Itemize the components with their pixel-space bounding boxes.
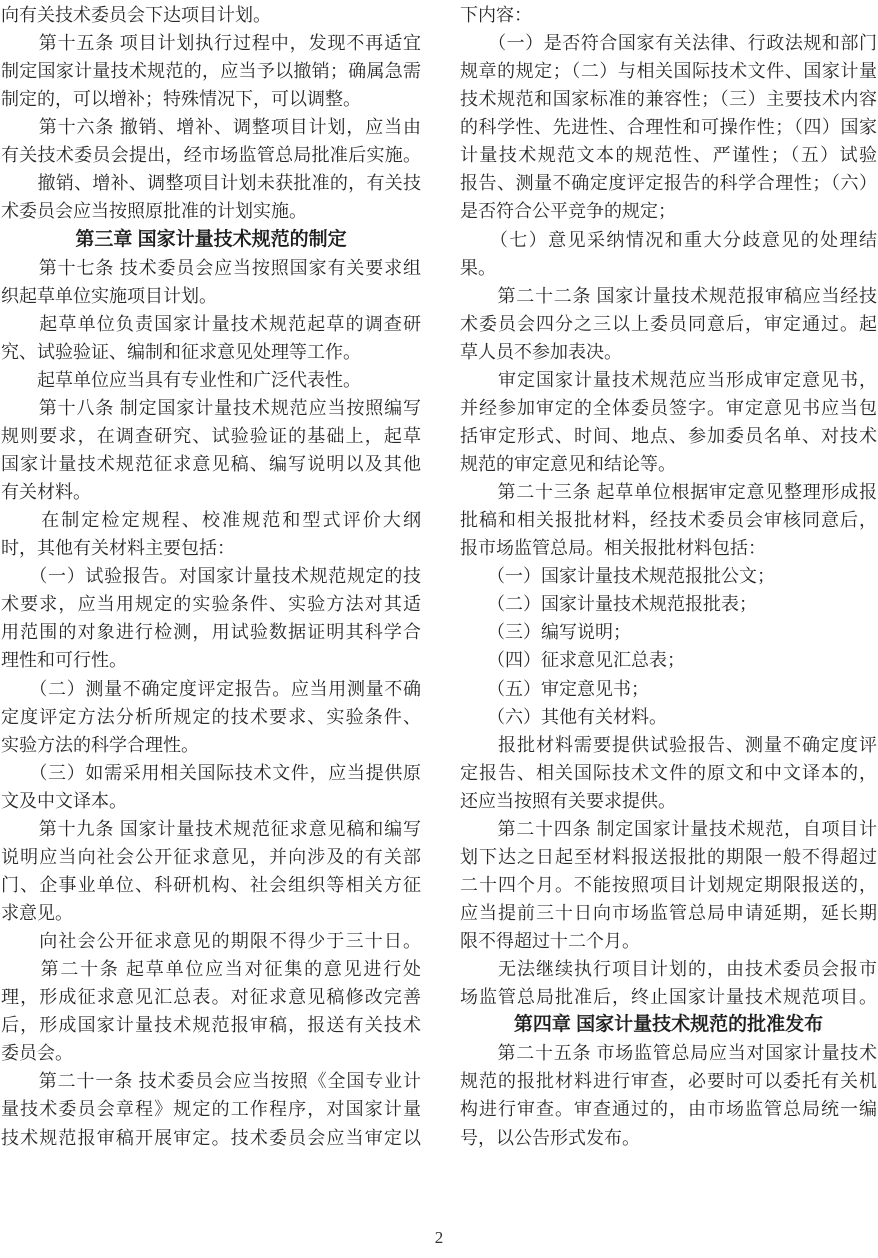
text-line: （三）编写说明；	[460, 618, 877, 646]
text-line: 撤销、增补、调整项目计划未获批准的，有关技	[1, 169, 421, 197]
text-line: 在制定检定规程、校准规范和型式评价大纲	[1, 506, 421, 534]
text-line: 还应当按照有关要求提供。	[460, 787, 877, 815]
text-line: 限不得超过十二个月。	[460, 927, 877, 955]
text-line: 并经参加审定的全体委员签字。审定意见书应当包	[460, 394, 877, 422]
text-line: 门、企事业单位、科研机构、社会组织等相关方征	[1, 871, 421, 899]
text-line: 草人员不参加表决。	[460, 338, 877, 366]
text-line: （二）测量不确定度评定报告。应当用测量不确	[1, 675, 421, 703]
text-line: 术委员会应当按照原批准的计划实施。	[1, 197, 421, 225]
text-line: （四）征求意见汇总表；	[460, 646, 877, 674]
text-line: 文及中文译本。	[1, 787, 421, 815]
text-line: （五）审定意见书；	[460, 675, 877, 703]
text-line: 果。	[460, 254, 877, 282]
text-line: 规章的规定；（二）与相关国际技术文件、国家计量	[460, 57, 877, 85]
text-line: 第十六条 撤销、增补、调整项目计划，应当由	[1, 113, 421, 141]
left-column: 向有关技术委员会下达项目计划。 第十五条 项目计划执行过程中，发现不再适宜制定国…	[1, 1, 421, 1152]
text-line: 术委员会四分之三以上委员同意后，审定通过。起	[460, 310, 877, 338]
text-line: 国家计量技术规范征求意见稿、编写说明以及其他	[1, 450, 421, 478]
text-line: 第二十三条 起草单位根据审定意见整理形成报	[460, 478, 877, 506]
text-line: 理，形成征求意见汇总表。对征求意见稿修改完善	[1, 983, 421, 1011]
text-line: 括审定形式、时间、地点、参加委员名单、对技术	[460, 422, 877, 450]
text-line: 号，以公告形式发布。	[460, 1124, 877, 1152]
text-line: 第十九条 国家计量技术规范征求意见稿和编写	[1, 815, 421, 843]
text-line: 制定的，可以增补；特殊情况下，可以调整。	[1, 85, 421, 113]
text-line: （一）是否符合国家有关法律、行政法规和部门	[460, 29, 877, 57]
text-line: 定报告、相关国际技术文件的原文和中文译本的，	[460, 759, 877, 787]
text-line: （三）如需采用相关国际技术文件，应当提供原	[1, 759, 421, 787]
text-line: 规范的审定意见和结论等。	[460, 450, 877, 478]
right-column: 下内容： （一）是否符合国家有关法律、行政法规和部门规章的规定；（二）与相关国际…	[460, 1, 877, 1152]
text-line: 第十七条 技术委员会应当按照国家有关要求组	[1, 254, 421, 282]
text-line: 定度评定方法分析所规定的技术要求、实验条件、	[1, 703, 421, 731]
text-line: 第二十二条 国家计量技术规范报审稿应当经技	[460, 282, 877, 310]
text-line: 向有关技术委员会下达项目计划。	[1, 1, 421, 29]
text-line: 时，其他有关材料主要包括：	[1, 534, 421, 562]
text-line: 报告、测量不确定度评定报告的科学合理性；（六）	[460, 169, 877, 197]
text-line: 织起草单位实施项目计划。	[1, 282, 421, 310]
text-line: 有关材料。	[1, 478, 421, 506]
text-line: 是否符合公平竞争的规定；	[460, 197, 877, 225]
text-line: 下内容：	[460, 1, 877, 29]
text-line: 有关技术委员会提出，经市场监管总局批准后实施。	[1, 141, 421, 169]
text-line: 后，形成国家计量技术规范报审稿，报送有关技术	[1, 1011, 421, 1039]
text-line: 第二十四条 制定国家计量技术规范，自项目计	[460, 815, 877, 843]
text-line: 规范的报批材料进行审查，必要时可以委托有关机	[460, 1067, 877, 1095]
text-line: 的科学性、先进性、合理性和可操作性；（四）国家	[460, 113, 877, 141]
text-line: 第二十一条 技术委员会应当按照《全国专业计	[1, 1067, 421, 1095]
text-line: 委员会。	[1, 1039, 421, 1067]
text-line: 计量技术规范文本的规范性、严谨性；（五）试验	[460, 141, 877, 169]
text-line: （七）意见采纳情况和重大分歧意见的处理结	[460, 226, 877, 254]
text-line: 求意见。	[1, 899, 421, 927]
text-line: （二）国家计量技术规范报批表；	[460, 590, 877, 618]
text-line: 术要求，应当用规定的实验条件、实验方法对其适	[1, 590, 421, 618]
text-line: 用范围的对象进行检测，用试验数据证明其科学合	[1, 618, 421, 646]
text-line: （一）试验报告。对国家计量技术规范规定的技	[1, 562, 421, 590]
text-line: （一）国家计量技术规范报批公文；	[460, 562, 877, 590]
text-line: 第二十条 起草单位应当对征集的意见进行处	[1, 955, 421, 983]
text-line: 构进行审查。审查通过的，由市场监管总局统一编	[460, 1095, 877, 1123]
text-line: 划下达之日起至材料报送报批的期限一般不得超过	[460, 843, 877, 871]
text-line: 起草单位应当具有专业性和广泛代表性。	[1, 366, 421, 394]
text-line: 究、试验验证、编制和征求意见处理等工作。	[1, 338, 421, 366]
chapter-heading: 第四章 国家计量技术规范的批准发布	[460, 1011, 877, 1039]
text-line: 说明应当向社会公开征求意见，并向涉及的有关部	[1, 843, 421, 871]
text-line: 第二十五条 市场监管总局应当对国家计量技术	[460, 1039, 877, 1067]
text-line: 场监管总局批准后，终止国家计量技术规范项目。	[460, 983, 877, 1011]
text-line: 制定国家计量技术规范的，应当予以撤销；确属急需	[1, 57, 421, 85]
text-line: 第十五条 项目计划执行过程中，发现不再适宜	[1, 29, 421, 57]
text-line: 规则要求，在调查研究、试验验证的基础上，起草	[1, 422, 421, 450]
text-line: 理性和可行性。	[1, 646, 421, 674]
text-line: 向社会公开征求意见的期限不得少于三十日。	[1, 927, 421, 955]
text-line: 实验方法的科学合理性。	[1, 731, 421, 759]
page-number: 2	[0, 1226, 878, 1250]
text-line: 起草单位负责国家计量技术规范起草的调查研	[1, 310, 421, 338]
text-line: 二十四个月。不能按照项目计划规定期限报送的，	[460, 871, 877, 899]
text-line: 技术规范和国家标准的兼容性；（三）主要技术内容	[460, 85, 877, 113]
text-line: 无法继续执行项目计划的，由技术委员会报市	[460, 955, 877, 983]
text-line: 报市场监管总局。相关报批材料包括：	[460, 534, 877, 562]
text-line: （六）其他有关材料。	[460, 703, 877, 731]
text-line: 应当提前三十日向市场监管总局申请延期，延长期	[460, 899, 877, 927]
text-line: 技术规范报审稿开展审定。技术委员会应当审定以	[1, 1124, 421, 1152]
text-line: 报批材料需要提供试验报告、测量不确定度评	[460, 731, 877, 759]
text-line: 量技术委员会章程》规定的工作程序，对国家计量	[1, 1095, 421, 1123]
text-line: 第十八条 制定国家计量技术规范应当按照编写	[1, 394, 421, 422]
document-page: 向有关技术委员会下达项目计划。 第十五条 项目计划执行过程中，发现不再适宜制定国…	[0, 0, 878, 1258]
chapter-heading: 第三章 国家计量技术规范的制定	[1, 226, 421, 254]
text-line: 审定国家计量技术规范应当形成审定意见书，	[460, 366, 877, 394]
text-line: 批稿和相关报批材料，经技术委员会审核同意后，	[460, 506, 877, 534]
